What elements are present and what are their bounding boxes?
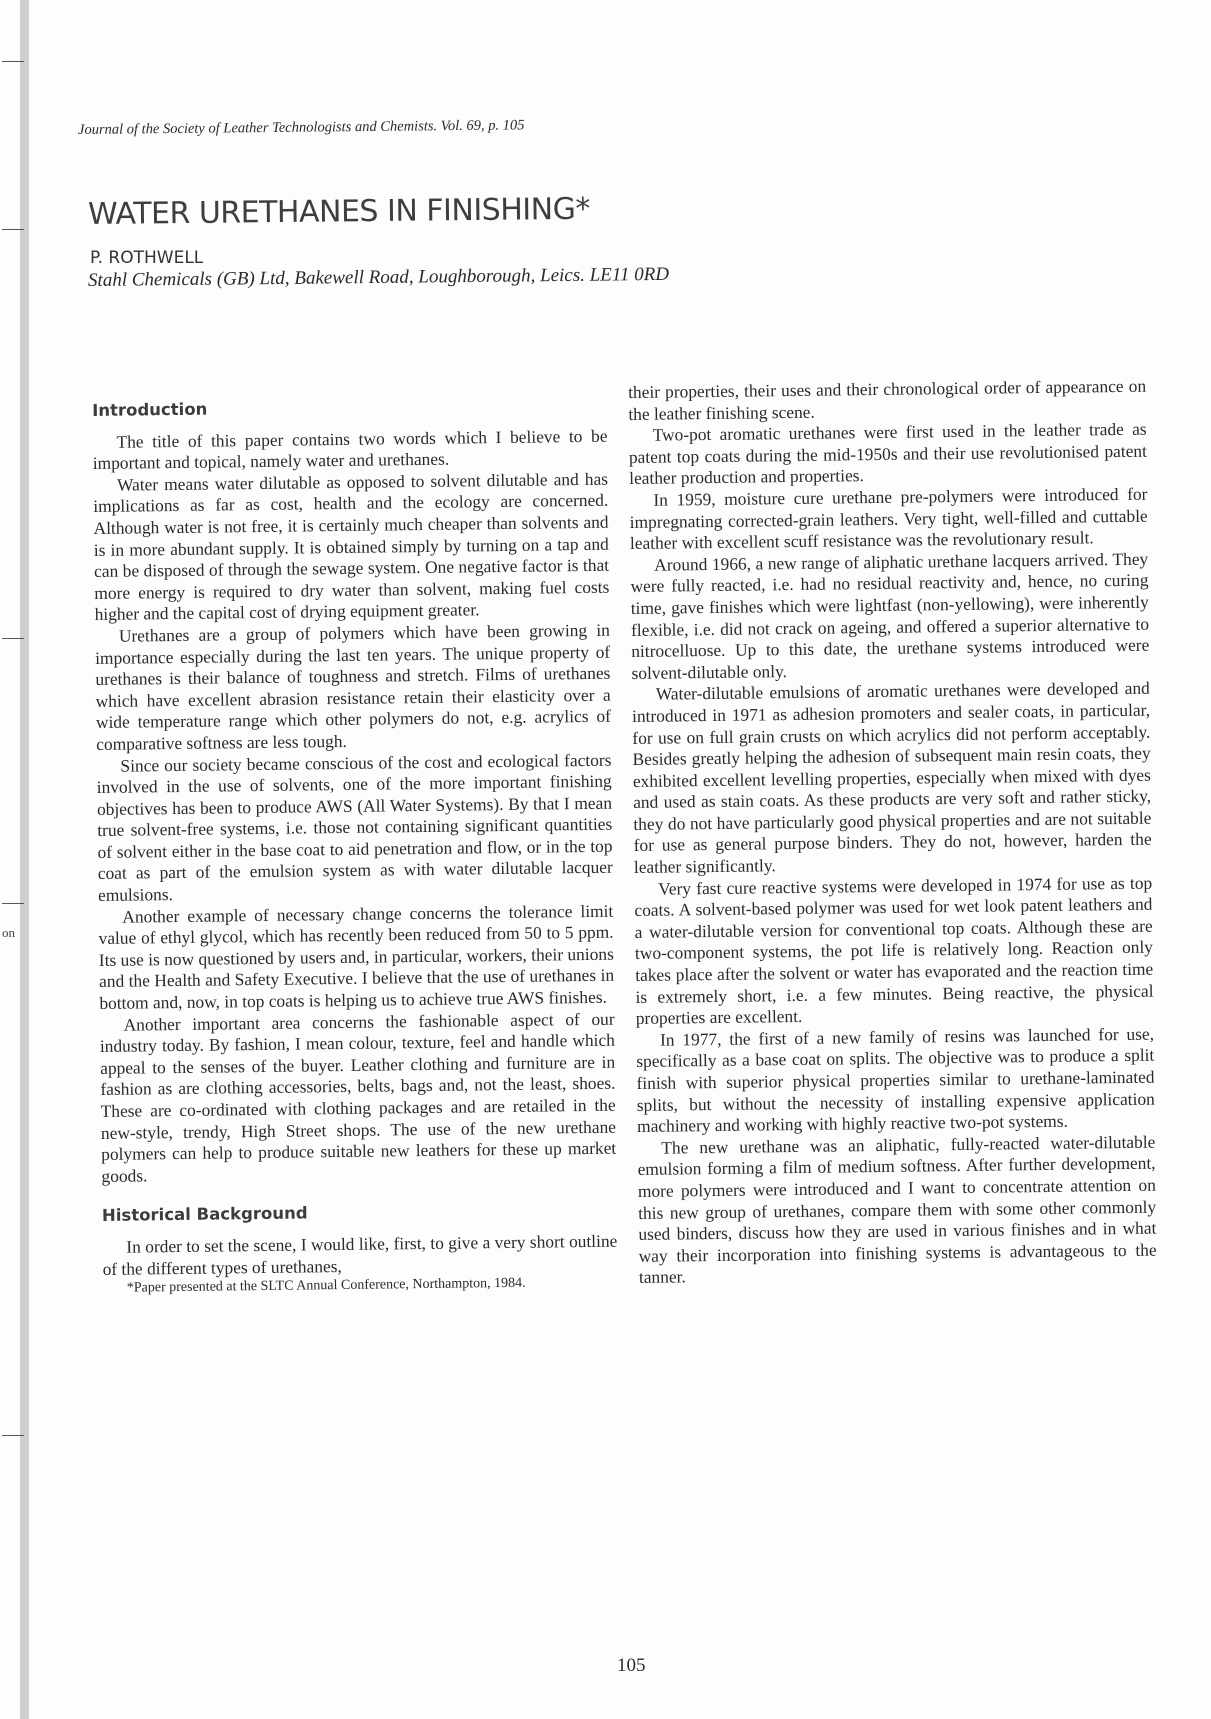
edge-mark <box>2 229 24 230</box>
author: P. ROTHWELL <box>90 248 203 268</box>
edge-text: on <box>2 925 15 941</box>
edge-mark <box>2 1435 24 1436</box>
left-column: Introduction The title of this paper con… <box>92 394 618 1298</box>
edge-mark <box>2 638 24 639</box>
paragraph: Since our society became conscious of th… <box>96 749 613 906</box>
edge-mark <box>2 903 24 904</box>
paragraph: The title of this paper contains two wor… <box>92 425 607 474</box>
paragraph: The new urethane was an aliphatic, fully… <box>637 1131 1157 1288</box>
paragraph: Around 1966, a new range of aliphatic ur… <box>630 548 1150 684</box>
paragraph: In order to set the scene, I would like,… <box>102 1231 617 1280</box>
paragraph: Very fast cure reactive systems were dev… <box>634 872 1154 1029</box>
paragraph: Another example of necessary change conc… <box>98 900 614 1014</box>
scan-binding-edge <box>20 0 29 1719</box>
paragraph: Another important area concerns the fash… <box>100 1008 617 1187</box>
paper-title: WATER URETHANES IN FINISHING* <box>88 192 590 232</box>
paragraph: Urethanes are a group of polymers which … <box>95 620 612 756</box>
paragraph: In 1977, the first of a new family of re… <box>636 1023 1155 1137</box>
paragraph: their properties, their uses and their c… <box>628 376 1146 426</box>
journal-header: Journal of the Society of Leather Techno… <box>78 117 525 139</box>
paragraph: Water-dilutable emulsions of aromatic ur… <box>632 678 1152 879</box>
paragraph: Two-pot aromatic urethanes were first us… <box>629 419 1148 490</box>
section-heading-historical: Historical Background <box>102 1199 617 1227</box>
section-heading-introduction: Introduction <box>92 394 607 422</box>
page-number: 105 <box>617 1655 646 1677</box>
paragraph: In 1959, moisture cure urethane pre-poly… <box>629 484 1148 555</box>
paragraph: Water means water dilutable as opposed t… <box>93 468 610 625</box>
right-column: their properties, their uses and their c… <box>628 376 1157 1289</box>
affiliation: Stahl Chemicals (GB) Ltd, Bakewell Road,… <box>88 264 669 292</box>
edge-mark <box>2 61 24 62</box>
